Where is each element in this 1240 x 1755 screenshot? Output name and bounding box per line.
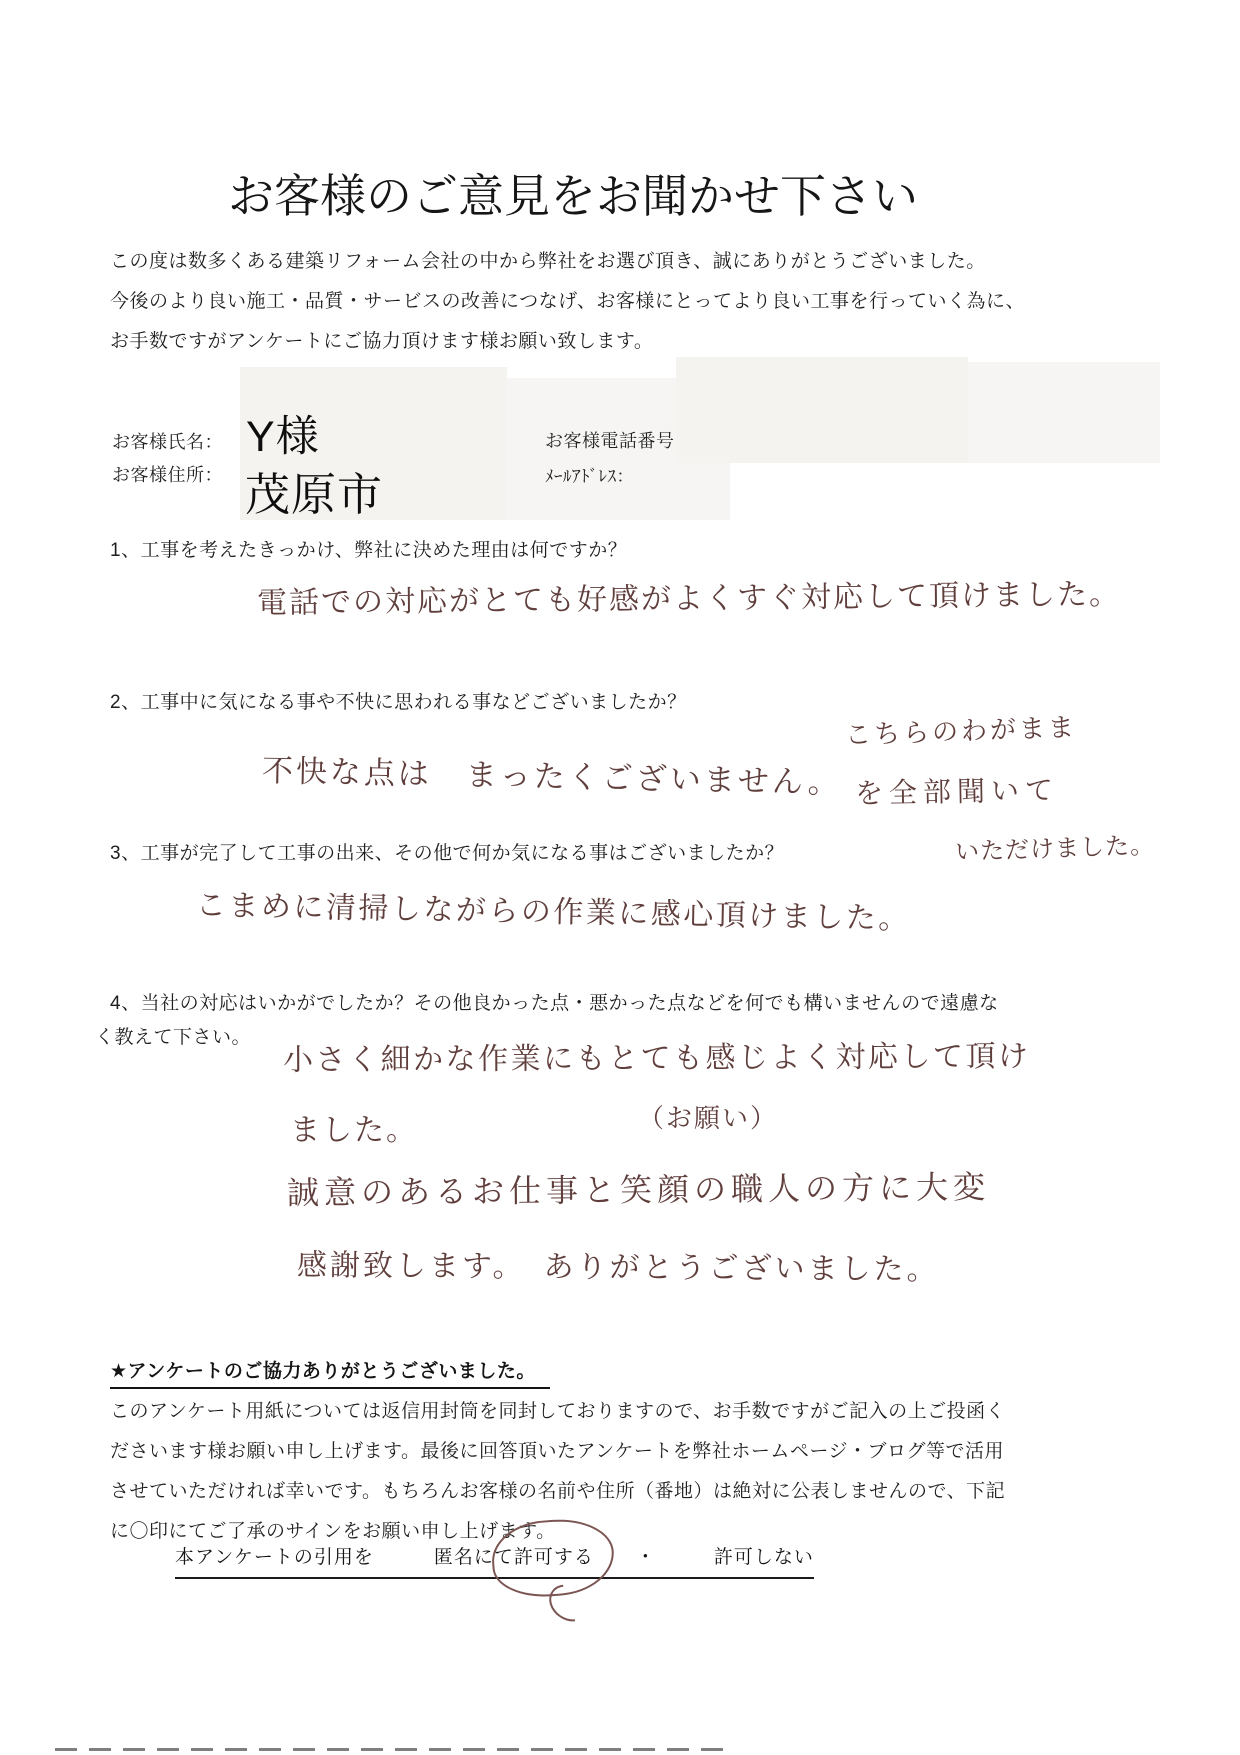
question-4-answer-line-2: ました。 <box>290 1105 418 1149</box>
question-4-label-line-2: く教えて下さい。 <box>95 1022 251 1049</box>
permission-prefix: 本アンケートの引用を <box>175 1542 374 1569</box>
question-4-answer-line-1: 小さく細かな作業にもとても感じよく対応して頂け <box>283 1031 1031 1079</box>
footer-body-line-4: に〇印にてご了承のサインをお願い申し上げます。 <box>110 1516 556 1543</box>
question-1-answer-handwriting: 電話での対応がとても好感がよくすぐ対応して頂けました。 <box>257 569 1121 622</box>
question-4-answer-line-4: 感謝致します。 ありがとうございました。 <box>297 1240 940 1288</box>
question-3-answer-handwriting: こまめに清掃しながらの作業に感心頂けました。 <box>196 880 912 938</box>
footer-thanks-heading: ★アンケートのご協力ありがとうございました。 <box>110 1356 550 1389</box>
scan-edge-artifact <box>55 1748 725 1751</box>
intro-line-1: この度は数多くある建築リフォーム会社の中から弊社をお選び頂き、誠にありがとうござ… <box>110 246 986 273</box>
question-4-answer-note: （お願い） <box>638 1098 778 1135</box>
intro-line-2: 今後のより良い施工・品質・サービスの改善につなげ、お客様にとってより良い工事を行… <box>110 286 1025 313</box>
footer-body-line-1: このアンケート用紙については返信用封筒を同封しておりますので、お手数ですがご記入… <box>110 1396 1005 1423</box>
customer-phone-label: お客様電話番号 <box>545 427 675 453</box>
question-4-answer-line-3: 誠意のあるお仕事と笑顔の職人の方に大変 <box>287 1162 990 1214</box>
redaction-box-phone <box>676 357 968 463</box>
footer-body-line-2: ださいます様お願い申し上げます。最後に回答頂いたアンケートを弊社ホームページ・ブ… <box>110 1436 1004 1463</box>
redaction-box-phone-2 <box>968 362 1160 463</box>
question-2-label: 2、工事中に気になる事や不快に思われる事などございましたか？ <box>110 687 687 714</box>
question-2-answer-handwriting: 不快な点は まったくございません。 <box>262 745 843 802</box>
intro-line-3: お手数ですがアンケートにご協力頂けます様お願い致します。 <box>110 326 653 353</box>
permission-separator: ・ <box>636 1542 656 1569</box>
permission-option-deny: 許可しない <box>714 1542 814 1569</box>
question-2-side-note-line-3: いただけました。 <box>954 825 1155 867</box>
question-3-label: 3、工事が完了して工事の出来、その他で何か気になる事はございましたか？ <box>110 838 784 865</box>
customer-address-label: お客様住所： <box>112 461 223 487</box>
question-2-side-note-line-2: を全部聞いて <box>855 768 1060 812</box>
customer-name-label: お客様氏名： <box>112 428 223 454</box>
customer-address-value: 茂原市 <box>245 458 383 523</box>
customer-email-label: ﾒｰﾙｱﾄﾞﾚｽ： <box>545 462 634 487</box>
page-title: お客様のご意見をお聞かせ下さい <box>228 160 918 226</box>
survey-sheet: お客様のご意見をお聞かせ下さい この度は数多くある建築リフォーム会社の中から弊社… <box>0 0 1240 1755</box>
question-2-side-note-line-1: こちらのわがまま <box>844 707 1077 752</box>
question-1-label: 1、工事を考えたきっかけ、弊社に決めた理由は何ですか？ <box>110 535 627 562</box>
question-4-label-line-1: 4、当社の対応はいかがでしたか？その他良かった点・悪かった点などを何でも構いませ… <box>110 988 999 1015</box>
footer-body-line-3: させていただければ幸いです。もちろんお客様の名前や住所（番地）は絶対に公表しませ… <box>110 1476 1005 1503</box>
customer-name-value: Y様 <box>246 403 320 464</box>
